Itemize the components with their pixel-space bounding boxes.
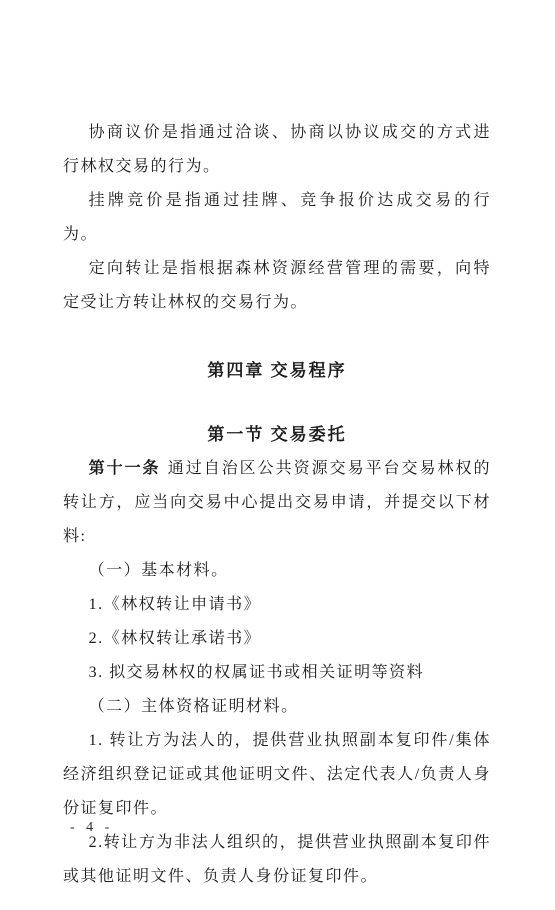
- body-paragraph: （二）主体资格证明材料。: [63, 690, 491, 724]
- page-footer: - 4 -: [70, 820, 113, 836]
- page-number: - 4 -: [70, 820, 113, 835]
- body-paragraph: 1. 转让方为法人的，提供营业执照副本复印件/集体经济组织登记证或其他证明文件、…: [63, 724, 491, 826]
- article-number: 第十一条: [89, 460, 161, 477]
- paragraph-text: 1. 转让方为法人的，提供营业执照副本复印件/集体经济组织登记证或其他证明文件、…: [63, 732, 491, 817]
- paragraph-text: 第四章 交易程序: [207, 361, 346, 380]
- paragraph-text: 第一节 交易委托: [207, 425, 346, 444]
- body-paragraph: 挂牌竞价是指通过挂牌、竞争报价达成交易的行为。: [63, 184, 491, 252]
- paragraph-text: 定向转让是指根据森林资源经营管理的需要，向特定受让方转让林权的交易行为。: [63, 260, 491, 311]
- paragraph-text: 2.《林权转让承诺书》: [89, 630, 262, 647]
- paragraph-text: 3. 拟交易林权的权属证书或相关证明等资料: [89, 664, 425, 681]
- section-heading: 第一节 交易委托: [63, 418, 491, 452]
- body-paragraph: 2.转让方为非法人组织的，提供营业执照副本复印件或其他证明文件、负责人身份证复印…: [63, 826, 491, 894]
- chapter-heading: 第四章 交易程序: [63, 354, 491, 388]
- paragraph-text: （二）主体资格证明材料。: [89, 698, 299, 715]
- body-paragraph: 定向转让是指根据森林资源经营管理的需要，向特定受让方转让林权的交易行为。: [63, 252, 491, 320]
- document-body: 协商议价是指通过洽谈、协商以协议成交的方式进行林权交易的行为。挂牌竞价是指通过挂…: [63, 116, 491, 894]
- body-paragraph: 协商议价是指通过洽谈、协商以协议成交的方式进行林权交易的行为。: [63, 116, 491, 184]
- body-paragraph: 2.《林权转让承诺书》: [63, 622, 491, 656]
- paragraph-text: 挂牌竞价是指通过挂牌、竞争报价达成交易的行为。: [63, 192, 491, 243]
- body-paragraph: 1.《林权转让申请书》: [63, 588, 491, 622]
- paragraph-text: 2.转让方为非法人组织的，提供营业执照副本复印件或其他证明文件、负责人身份证复印…: [63, 834, 491, 885]
- paragraph-text: （一）基本材料。: [89, 562, 229, 579]
- paragraph-text: 1.《林权转让申请书》: [89, 596, 262, 613]
- body-paragraph: 第十一条通过自治区公共资源交易平台交易林权的转让方，应当向交易中心提出交易申请，…: [63, 452, 491, 554]
- document-page: 协商议价是指通过洽谈、协商以协议成交的方式进行林权交易的行为。挂牌竞价是指通过挂…: [0, 0, 555, 910]
- paragraph-text: 协商议价是指通过洽谈、协商以协议成交的方式进行林权交易的行为。: [63, 124, 491, 175]
- body-paragraph: 3. 拟交易林权的权属证书或相关证明等资料: [63, 656, 491, 690]
- body-paragraph: （一）基本材料。: [63, 554, 491, 588]
